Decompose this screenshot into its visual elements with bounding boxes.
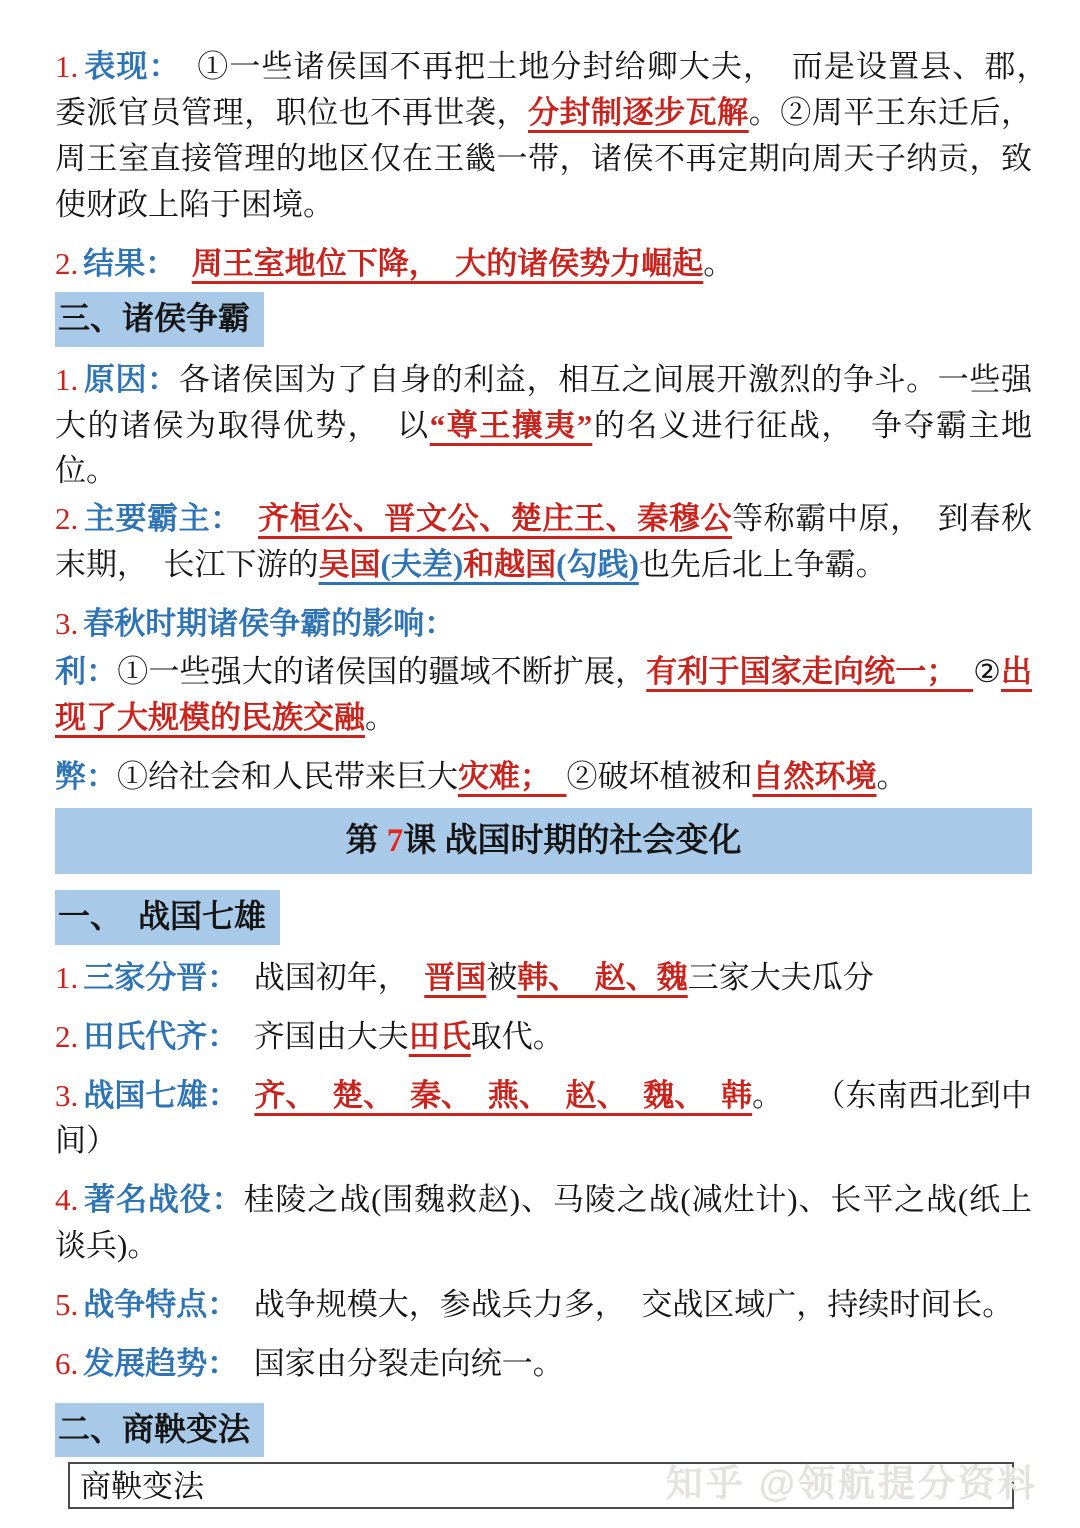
body-text: 国家由分裂走向统一。 <box>223 1346 564 1381</box>
heading-zhanguo-qixiong: 一、 战国七雄 <box>55 890 280 944</box>
emphasis-red: 田氏 <box>409 1019 471 1054</box>
banner-lesson-number: 7 <box>387 823 404 859</box>
body-text: 。 <box>877 759 908 794</box>
emphasis-red: 吴国 <box>319 547 381 582</box>
emphasis-red: “尊王攘夷” <box>430 408 593 443</box>
item-number: 2. <box>55 501 78 536</box>
para-sanjiafenjin: 1.三家分晋： 战国初年， 晋国被韩、 赵、魏三家大夫瓜分 <box>55 955 1032 1001</box>
item-label: 发展趋势： <box>83 1346 223 1381</box>
heading-shangyang-bianfa: 二、商鞅变法 <box>55 1403 264 1457</box>
item-label: 原因： <box>83 362 179 397</box>
body-text: 。 <box>365 700 396 735</box>
item-label: 战国七雄： <box>83 1078 223 1113</box>
emphasis-red: 晋国 <box>424 960 486 995</box>
watermark: 知乎 @领航提分资料 <box>666 1457 1038 1512</box>
item-label: 弊： <box>55 759 117 794</box>
item-number: 3. <box>55 606 78 641</box>
emphasis-red: 齐桓公、晋文公、楚庄王、秦穆公 <box>258 501 732 536</box>
body-text: 战国初年， <box>223 960 425 995</box>
item-label: 结果： <box>83 246 161 281</box>
body-text <box>226 501 258 536</box>
body-text: 被 <box>486 960 517 995</box>
body-text <box>223 1078 254 1113</box>
item-label: 战争特点： <box>83 1287 223 1322</box>
body-text: 三家大夫瓜分 <box>688 960 874 995</box>
item-number: 3. <box>55 1078 78 1113</box>
para-biaoxian: 1.表现： ①一些诸侯国不再把土地分封给卿大夫， 而是设置县、郡， 委派官员管理… <box>55 44 1032 228</box>
emphasis-group-wu-yue: 吴国(夫差)和越国(勾践) <box>319 547 639 582</box>
item-number: 6. <box>55 1346 78 1381</box>
para-tianshidaiqi: 2.田氏代齐： 齐国由大夫田氏取代。 <box>55 1014 1032 1060</box>
lesson-banner: 第 7课 战国时期的社会变化 <box>55 808 1032 875</box>
emphasis-red: 韩、 赵、魏 <box>517 960 688 995</box>
para-li: 利：①一些强大的诸侯国的疆域不断扩展，有利于国家走向统一； ②出现了大规模的民族… <box>55 649 1032 741</box>
emphasis-red: 齐、 楚、 秦、 燕、 赵、 魏、 韩 <box>254 1078 752 1113</box>
banner-text: 课 战国时期的社会变化 <box>403 823 741 859</box>
para-zhanyi: 4.著名战役：桂陵之战(围魏救赵)、马陵之战(减灶计)、长平之战(纸上谈兵)。 <box>55 1177 1032 1269</box>
para-jieguo: 2.结果： 周王室地位下降， 大的诸侯势力崛起。 <box>55 241 1032 287</box>
item-label: 春秋时期诸侯争霸的影响： <box>83 606 455 641</box>
para-tedian: 5.战争特点： 战争规模大，参战兵力多， 交战区域广，持续时间长。 <box>55 1282 1032 1328</box>
body-text <box>161 246 192 281</box>
emphasis-red: 灾难； <box>458 759 567 794</box>
item-label: 田氏代齐： <box>83 1019 223 1054</box>
item-number: 1. <box>55 960 78 995</box>
emphasis-red: 周王室地位下降， 大的诸侯势力崛起 <box>192 246 704 281</box>
item-number: 1. <box>55 49 78 84</box>
item-number: 5. <box>55 1287 78 1322</box>
item-label: 利： <box>55 654 117 689</box>
body-text: 齐国由大夫 <box>223 1019 409 1054</box>
para-qushi: 6.发展趋势： 国家由分裂走向统一。 <box>55 1341 1032 1387</box>
body-text: ②破坏植被和 <box>567 759 753 794</box>
item-number: 1. <box>55 362 78 397</box>
emphasis-blue: (勾践) <box>556 547 639 582</box>
body-text: 。 <box>703 246 734 281</box>
body-text: ①一些强大的诸侯国的疆域不断扩展， <box>117 654 646 689</box>
emphasis-blue: (夫差) <box>381 547 464 582</box>
body-text: 取代。 <box>471 1019 564 1054</box>
emphasis-red: 有利于国家走向统一； <box>646 654 973 689</box>
para-yingxiang: 3.春秋时期诸侯争霸的影响： <box>55 601 1032 647</box>
emphasis-red: 和越国 <box>463 547 556 582</box>
banner-text: 第 <box>346 823 387 859</box>
body-text: 战争规模大，参战兵力多， 交战区域广，持续时间长。 <box>223 1287 1014 1322</box>
heading-zhuhou-zhengba: 三、诸侯争霸 <box>55 292 264 346</box>
emphasis-red: 分封制逐步瓦解 <box>528 95 749 130</box>
body-text: ①给社会和人民带来巨大 <box>117 759 458 794</box>
para-yuanyin: 1.原因：各诸侯国为了自身的利益，相互之间展开激烈的争斗。一些强大的诸侯为取得优… <box>55 357 1032 495</box>
para-bi: 弊：①给社会和人民带来巨大灾难； ②破坏植被和自然环境。 <box>55 754 1032 800</box>
body-text: 也先后北上争霸。 <box>639 547 887 582</box>
item-label: 主要霸主： <box>83 501 226 536</box>
para-bazhu: 2.主要霸主： 齐桓公、晋文公、楚庄王、秦穆公等称霸中原， 到春秋末期， 长江下… <box>55 496 1032 588</box>
item-label: 三家分晋： <box>83 960 223 995</box>
document-page: 1.表现： ①一些诸侯国不再把土地分封给卿大夫， 而是设置县、郡， 委派官员管理… <box>0 0 1080 1528</box>
cell-text: 商鞅变法 <box>80 1469 204 1504</box>
item-number: 2. <box>55 246 78 281</box>
body-text: ② <box>973 654 1001 689</box>
item-number: 2. <box>55 1019 78 1054</box>
para-qixiong: 3.战国七雄： 齐、 楚、 秦、 燕、 赵、 魏、 韩。 （东南西北到中间） <box>55 1073 1032 1165</box>
item-number: 4. <box>55 1182 78 1217</box>
item-label: 表现： <box>83 49 165 84</box>
item-label: 著名战役： <box>83 1182 243 1217</box>
emphasis-red: 自然环境 <box>753 759 877 794</box>
